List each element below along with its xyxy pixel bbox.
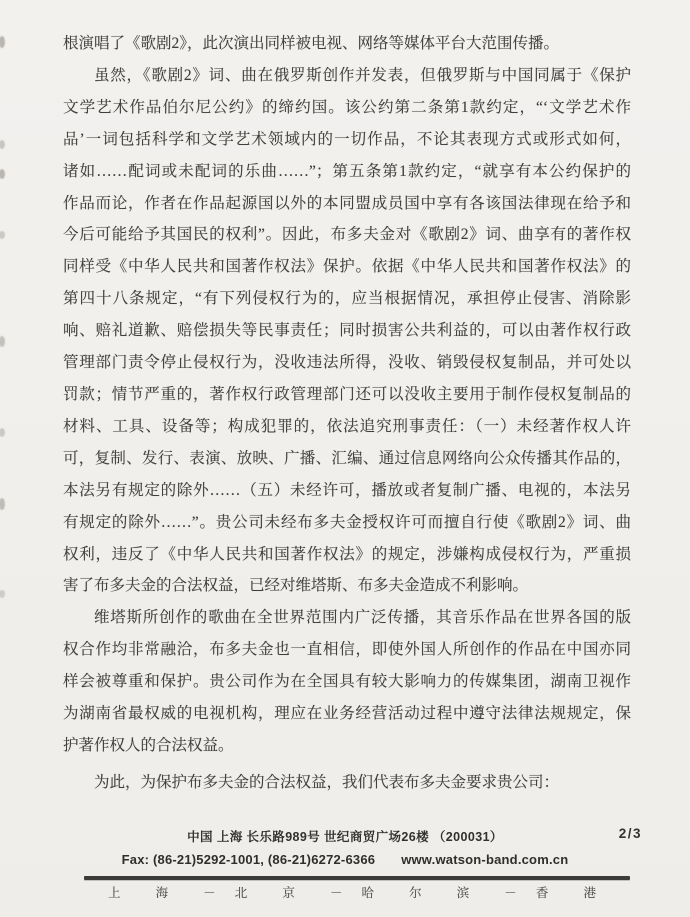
text-line: 权合作均非常融洽，布多夫金也一直相信，即使外国人所创作的作品在中国亦同 [63, 634, 631, 666]
footer-fax: Fax: (86-21)5292-1001, (86-21)6272-6366 [122, 852, 376, 867]
text-line: 为此，为保护布多夫金的合法权益，我们代表布多夫金要求贵公司： [63, 767, 631, 799]
text-line: 品’一词包括科学和文学艺术领域内的一切作品，不论其表现方式或形式如何， [63, 124, 631, 156]
scan-artifact [0, 140, 5, 149]
text-line: 为湖南省最权威的电视机构，理应在业务经营活动过程中遵守法律法规规定，保 [63, 698, 631, 730]
text-line: 文学艺术作品伯尔尼公约》的缔约国。该公约第二条第1款约定，“‘文学艺术作 [63, 92, 631, 124]
document-page: 根演唱了《歌剧2》，此次演出同样被电视、网络等媒体平台大范围传播。虽然，《歌剧2… [0, 0, 690, 917]
text-line: 同样受《中华人民共和国著作权法》保护。依据《中华人民共和国著作权法》的 [63, 251, 631, 283]
text-line: 第四十八条规定，“有下列侵权行为的，应当根据情况，承担停止侵害、消除影 [63, 283, 631, 315]
footer-branches: 上 海 － 北 京 － 哈 尔 滨 － 香 港 [108, 884, 596, 902]
text-line: 作品而论，作者在作品起源国以外的本同盟成员国中享有各该国法律现在给予和 [63, 188, 631, 220]
text-line: 响、赔礼道歉、赔偿损失等民事责任；同时损害公共利益的，可以由著作权行政 [63, 315, 631, 347]
text-line: 材料、工具、设备等；构成犯罪的，依法追究刑事责任：（一）未经著作权人许 [63, 411, 631, 443]
scan-artifact [0, 336, 5, 347]
scan-artifact [0, 169, 5, 179]
footer-rule [84, 876, 630, 880]
text-line: 虽然，《歌剧2》词、曲在俄罗斯创作并发表，但俄罗斯与中国同属于《保护 [63, 60, 631, 92]
scan-artifact [0, 498, 5, 510]
text-line: 样会被尊重和保护。贵公司作为在全国具有较大影响力的传媒集团，湖南卫视作 [63, 666, 631, 698]
text-line: 诸如……配词或未配词的乐曲……”；第五条第1款约定，“就享有本公约保护的 [63, 156, 631, 188]
text-line: 维塔斯所创作的歌曲在全世界范围内广泛传播，其音乐作品在世界各国的版 [63, 602, 631, 634]
text-line: 害了布多夫金的合法权益，已经对维塔斯、布多夫金造成不利影响。 [63, 570, 631, 602]
text-line: 今后可能给予其国民的权利”。因此，布多夫金对《歌剧2》词、曲享有的著作权 [63, 219, 631, 251]
footer-address: 中国 上海 长乐路989号 世纪商贸广场26楼 （200031） [187, 830, 503, 844]
page-number: 2/3 [619, 826, 642, 841]
text-line: 可，复制、发行、表演、放映、广播、汇编、通过信息网络向公众传播其作品的， [63, 443, 631, 475]
text-line: 护著作权人的合法权益。 [63, 730, 631, 762]
scan-artifact [0, 231, 5, 239]
document-body: 根演唱了《歌剧2》，此次演出同样被电视、网络等媒体平台大范围传播。虽然，《歌剧2… [63, 28, 631, 799]
text-line: 罚款；情节严重的，著作权行政管理部门还可以没收主要用于制作侵权复制品的 [63, 379, 631, 411]
footer-website: www.watson-band.com.cn [401, 852, 568, 867]
scan-artifact [0, 590, 5, 598]
text-line: 根演唱了《歌剧2》，此次演出同样被电视、网络等媒体平台大范围传播。 [63, 28, 631, 60]
text-line: 有规定的除外……”。贵公司未经布多夫金授权许可而擅自行使《歌剧2》词、曲 [63, 507, 631, 539]
text-line: 管理部门责令停止侵权行为，没收违法所得，没收、销毁侵权复制品，并可处以 [63, 347, 631, 379]
text-line: 本法另有规定的除外……（五）未经许可，播放或者复制广播、电视的，本法另 [63, 475, 631, 507]
scan-artifact [0, 428, 5, 437]
scan-artifact [0, 36, 5, 48]
text-line: 权利，违反了《中华人民共和国著作权法》的规定，涉嫌构成侵权行为，严重损 [63, 539, 631, 571]
